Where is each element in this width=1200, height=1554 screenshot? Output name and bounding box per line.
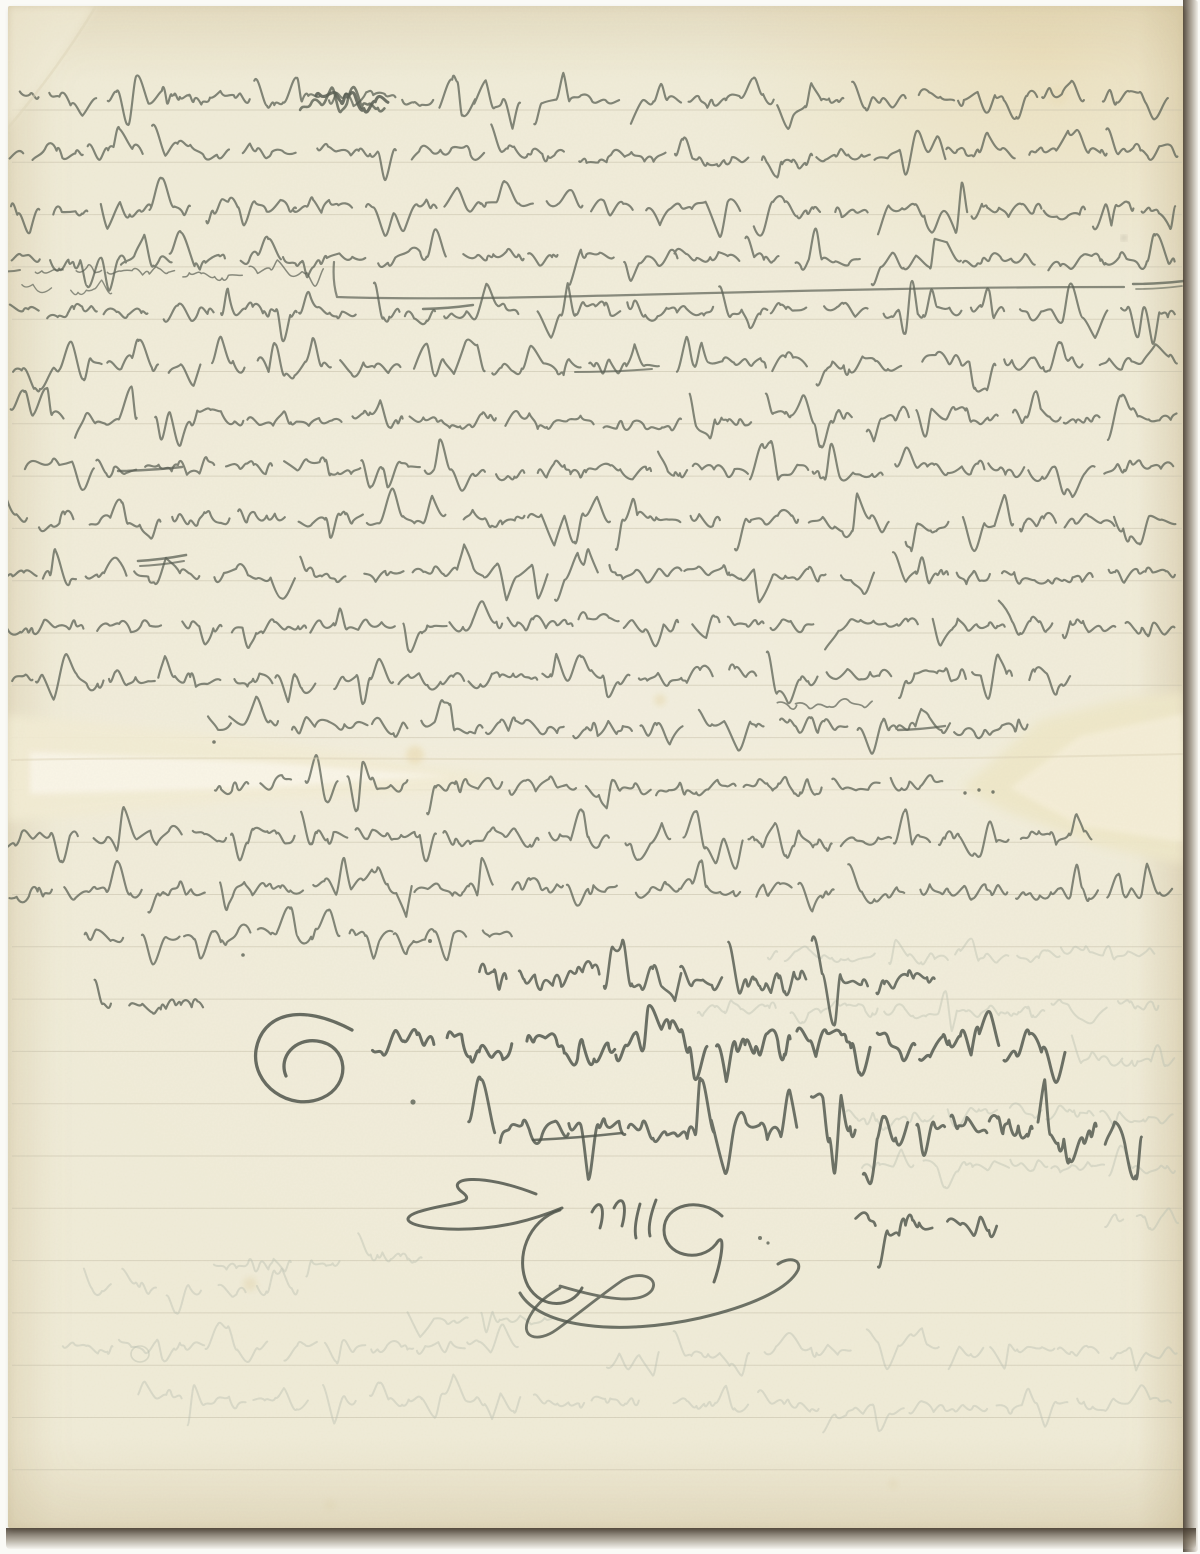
scanned-letter-photo: Scanned photograph of a one-page handwri…	[0, 0, 1200, 1554]
handwriting-art	[8, 6, 1184, 1528]
photo-edge-shadow-bottom	[6, 1528, 1196, 1549]
letter-page	[8, 6, 1184, 1528]
photo-edge-shadow-right	[1183, 0, 1198, 1552]
paper-grain	[8, 6, 1184, 1528]
